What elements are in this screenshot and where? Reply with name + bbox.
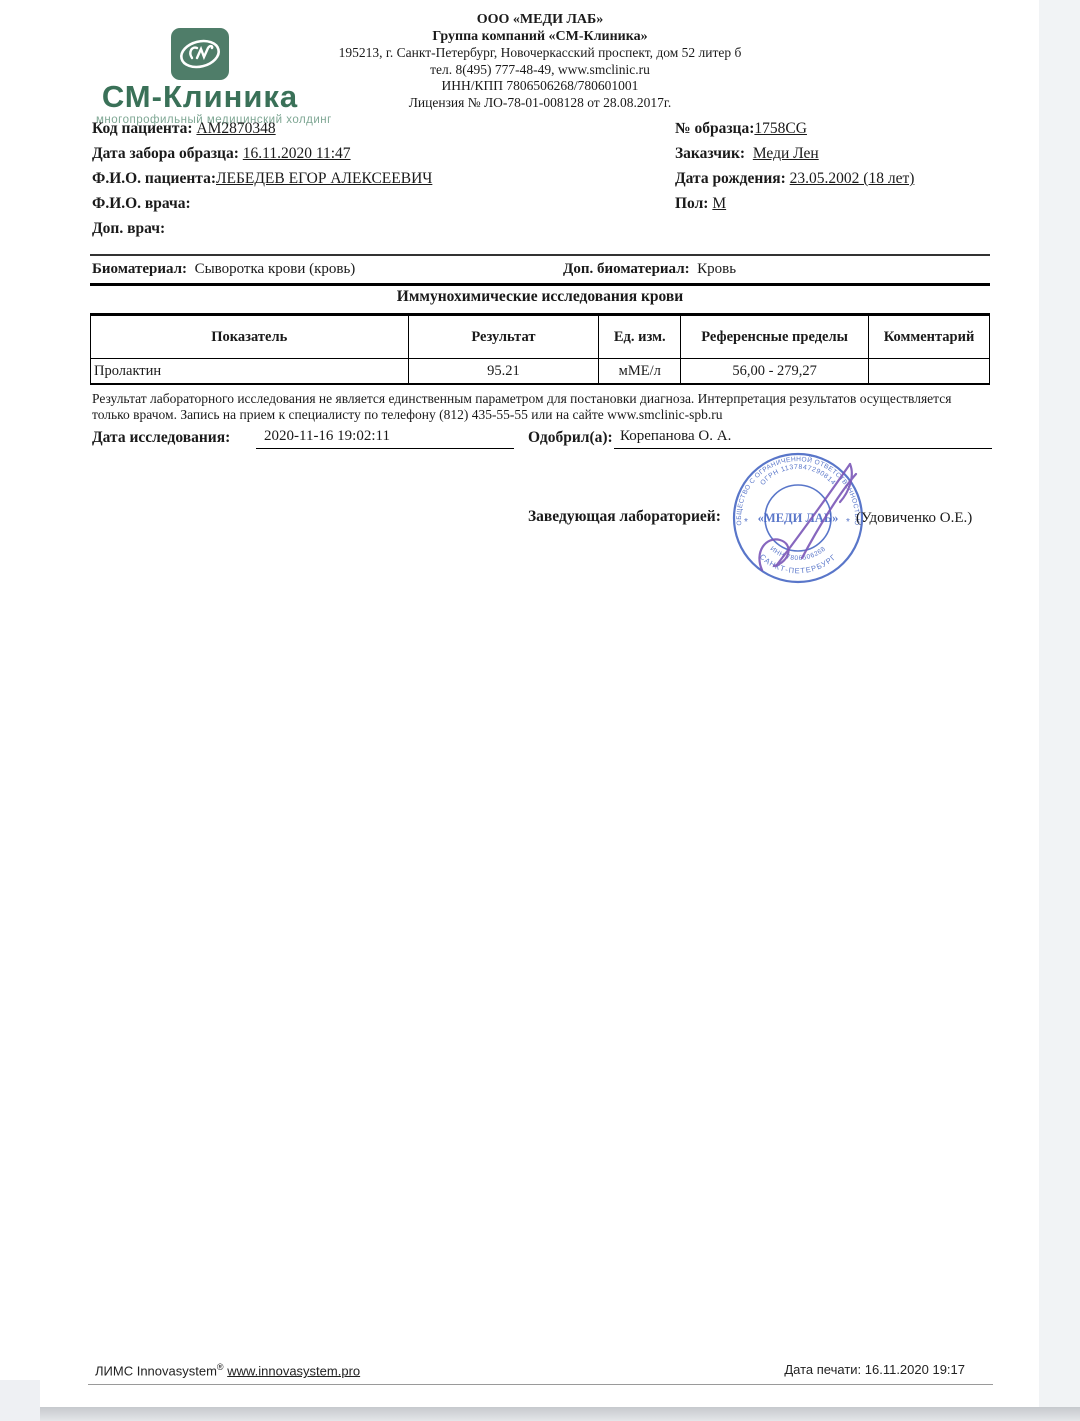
results-header-row: Показатель Результат Ед. изм. Референсны… — [91, 315, 990, 359]
sample-date-field: Дата забора образца: 16.11.2020 11:47 — [92, 145, 351, 170]
biomaterial-field: Биоматериал: Сыворотка крови (кровь) — [92, 261, 355, 278]
cell-comment — [869, 359, 990, 385]
section-title: Иммунохимические исследования крови — [90, 288, 990, 306]
table-row: Пролактин 95.21 мМЕ/л 56,00 - 279,27 — [91, 359, 990, 385]
cell-result: 95.21 — [408, 359, 599, 385]
birth-date-field: Дата рождения: 23.05.2002 (18 лет) — [675, 170, 914, 195]
lab-report-page: { "org": { "logo_title": "СМ-Клиника", "… — [0, 0, 1080, 1421]
extra-doctor-field: Доп. врач: — [92, 220, 165, 245]
registered-mark: ® — [217, 1362, 224, 1372]
org-phone-site: тел. 8(495) 777-48-49, www.smclinic.ru — [240, 62, 840, 79]
birth-date-label: Дата рождения: — [675, 170, 786, 187]
footer-lims-text: ЛИМС Innovasystem — [95, 1363, 217, 1378]
col-header-unit: Ед. изм. — [599, 315, 681, 359]
extra-biomaterial-label: Доп. биоматериал: — [563, 261, 690, 277]
stamp-star-right: * — [846, 517, 850, 528]
customer-label: Заказчик: — [675, 145, 745, 162]
divider-top — [90, 254, 990, 256]
cell-indicator: Пролактин — [91, 359, 409, 385]
stamp-star-left: * — [744, 517, 748, 528]
horizontal-scrollbar-track[interactable] — [40, 1407, 1080, 1421]
research-date-value: 2020-11-16 19:02:11 — [256, 428, 514, 449]
customer-value: Меди Лен — [753, 145, 819, 162]
scrollbar-corner — [0, 1380, 40, 1421]
vertical-scrollbar-track[interactable] — [1039, 0, 1080, 1421]
sample-number-field: № образца:1758CG — [675, 120, 807, 145]
org-license: Лицензия № ЛО-78-01-008128 от 28.08.2017… — [240, 95, 840, 112]
patient-name-field: Ф.И.О. пациента:ЛЕБЕДЕВ ЕГОР АЛЕКСЕЕВИЧ — [92, 170, 432, 195]
col-header-comment: Комментарий — [869, 315, 990, 359]
col-header-indicator: Показатель — [91, 315, 409, 359]
org-name: ООО «МЕДИ ЛАБ» — [240, 12, 840, 29]
divider-bottom — [90, 283, 990, 286]
org-group: Группа компаний «СМ-Клиника» — [240, 29, 840, 46]
biomaterial-label: Биоматериал: — [92, 261, 187, 277]
disclaimer: Результат лабораторного исследования не … — [92, 391, 972, 422]
footer-lims: ЛИМС Innovasystem® www.innovasystem.pro — [95, 1362, 360, 1378]
stamp-inn-text: ИНН 7806506268 — [769, 545, 828, 562]
sex-label: Пол: — [675, 195, 708, 212]
org-address: 195213, г. Санкт-Петербург, Новочеркасск… — [240, 45, 840, 62]
biomaterial-value: Сыворотка крови (кровь) — [195, 261, 356, 277]
patient-name-label: Ф.И.О. пациента: — [92, 170, 216, 187]
sample-number-value: 1758CG — [754, 120, 807, 137]
col-header-result: Результат — [408, 315, 599, 359]
sample-date-value: 16.11.2020 11:47 — [243, 145, 351, 162]
sample-number-label: № образца: — [675, 120, 754, 137]
disclaimer-line2: только врачом. Запись на прием к специал… — [92, 407, 972, 423]
cell-reference: 56,00 - 279,27 — [681, 359, 869, 385]
footer-lims-link[interactable]: www.innovasystem.pro — [227, 1363, 360, 1378]
clinic-logo-badge — [171, 28, 229, 80]
snake-monogram-icon — [175, 32, 225, 76]
footer-print-date: Дата печати: 16.11.2020 19:17 — [784, 1362, 965, 1377]
patient-code-value: АМ2870348 — [196, 120, 275, 137]
sample-date-label: Дата забора образца: — [92, 145, 239, 162]
col-header-reference: Референсные пределы — [681, 315, 869, 359]
extra-doctor-label: Доп. врач: — [92, 220, 165, 237]
lab-head-name: (Удовиченко О.Е.) — [856, 510, 972, 527]
extra-biomaterial-field: Доп. биоматериал: Кровь — [563, 261, 736, 278]
customer-field: Заказчик: Меди Лен — [675, 145, 819, 170]
stamp-center-text: «МЕДИ ЛАБ» — [758, 511, 839, 525]
org-inn-kpp: ИНН/КПП 7806506268/780601001 — [240, 78, 840, 95]
lab-head-label: Заведующая лабораторией: — [528, 508, 721, 526]
results-table: Показатель Результат Ед. изм. Референсны… — [90, 313, 990, 385]
sex-field: Пол: М — [675, 195, 726, 220]
patient-code-label: Код пациента: — [92, 120, 193, 137]
cell-unit: мМЕ/л — [599, 359, 681, 385]
disclaimer-line1: Результат лабораторного исследования не … — [92, 391, 972, 407]
doctor-name-label: Ф.И.О. врача: — [92, 195, 191, 212]
doctor-name-field: Ф.И.О. врача: — [92, 195, 191, 220]
sex-value: М — [712, 195, 726, 212]
patient-name-value: ЛЕБЕДЕВ ЕГОР АЛЕКСЕЕВИЧ — [216, 170, 432, 187]
extra-biomaterial-value: Кровь — [697, 261, 736, 277]
birth-date-value: 23.05.2002 (18 лет) — [790, 170, 915, 187]
approved-by-label: Одобрил(а): — [528, 429, 613, 447]
patient-code-field: Код пациента: АМ2870348 — [92, 120, 276, 145]
approved-by-value: Корепанова О. А. — [614, 428, 992, 449]
footer-divider — [88, 1384, 993, 1385]
research-date-label: Дата исследования: — [92, 429, 230, 447]
org-header: ООО «МЕДИ ЛАБ» Группа компаний «СМ-Клини… — [240, 12, 840, 111]
